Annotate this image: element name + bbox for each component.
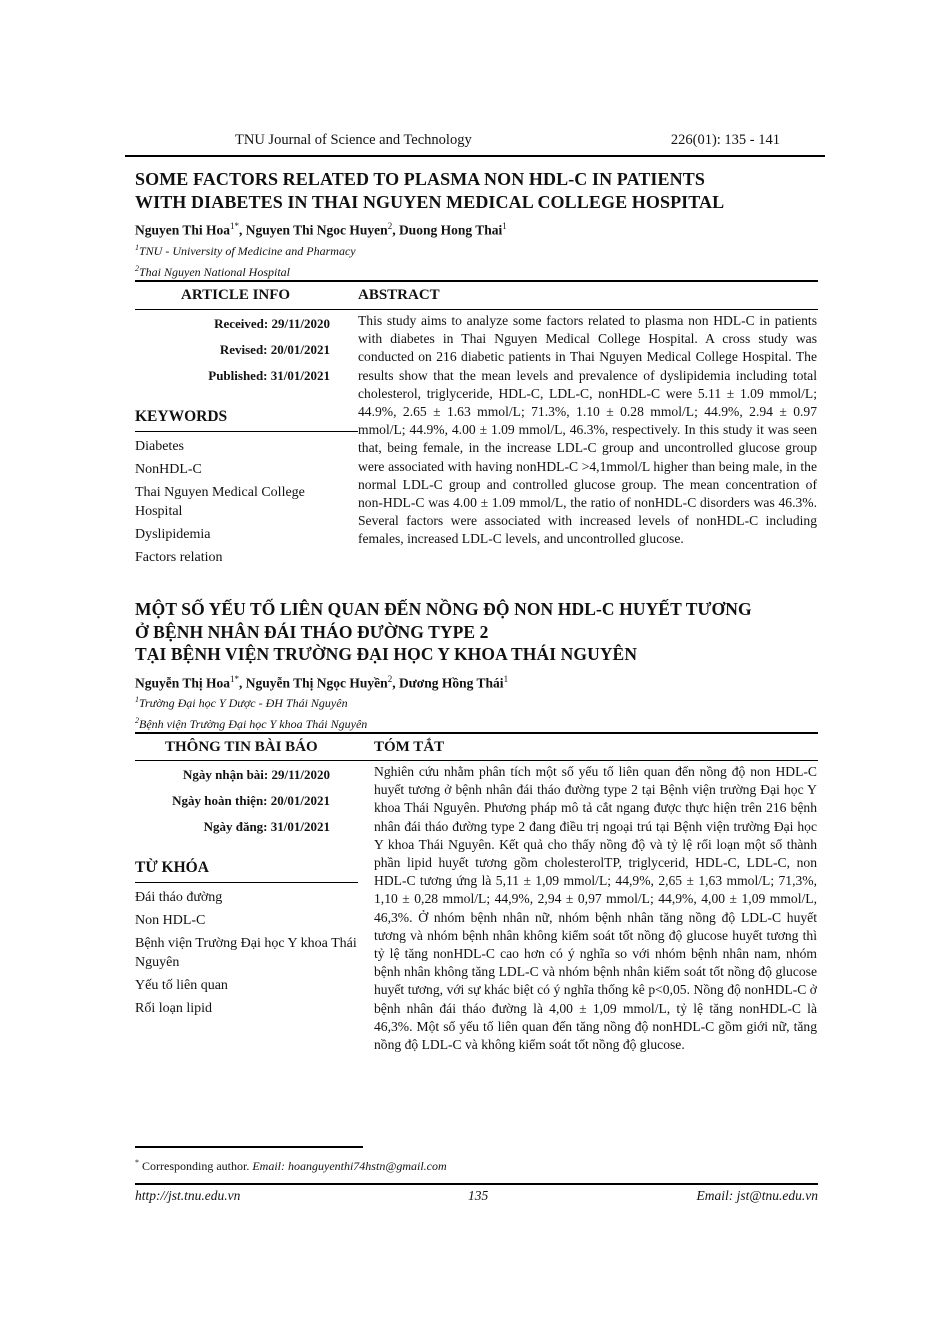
published-date: Published: 31/01/2021 <box>208 368 330 384</box>
journal-page: TNU Journal of Science and Technology 22… <box>0 0 943 1333</box>
received-date: Received: 29/11/2020 <box>214 316 330 332</box>
keyword: Thai Nguyen Medical College Hospital <box>135 483 335 521</box>
vietnamese-authors: Nguyễn Thị Hoa1*, Nguyễn Thị Ngọc Huyền2… <box>135 674 508 692</box>
revised-date-vi: Ngày hoàn thiện: 20/01/2021 <box>172 793 330 809</box>
article-info-heading: ARTICLE INFO <box>181 287 290 304</box>
title-line: WITH DIABETES IN THAI NGUYEN MEDICAL COL… <box>135 191 835 214</box>
english-affiliations: 1TNU - University of Medicine and Pharma… <box>135 239 356 281</box>
english-authors: Nguyen Thi Hoa1*, Nguyen Thi Ngoc Huyen2… <box>135 221 507 239</box>
vietnamese-title: MỘT SỐ YẾU TỐ LIÊN QUAN ĐẾN NỒNG ĐỘ NON … <box>135 598 835 666</box>
keyword: Factors relation <box>135 548 335 567</box>
header-rule <box>125 155 825 157</box>
affiliation: 1TNU - University of Medicine and Pharma… <box>135 239 356 260</box>
footer-email[interactable]: Email: jst@tnu.edu.vn <box>696 1188 818 1204</box>
section-subrule <box>135 760 818 761</box>
issue-pages: 226(01): 135 - 141 <box>671 132 780 149</box>
title-line: TẠI BỆNH VIỆN TRƯỜNG ĐẠI HỌC Y KHOA THÁI… <box>135 643 835 666</box>
author-name: Nguyen Thi Ngoc Huyen <box>246 223 388 238</box>
keyword: Rối loạn lipid <box>135 999 360 1018</box>
keywords-rule <box>135 882 358 883</box>
keyword: Bệnh viện Trường Đại học Y khoa Thái Ngu… <box>135 934 360 972</box>
english-title: SOME FACTORS RELATED TO PLASMA NON HDL-C… <box>135 168 835 213</box>
keywords-rule <box>135 431 358 432</box>
title-line: Ở BỆNH NHÂN ĐÁI THÁO ĐƯỜNG TYPE 2 <box>135 621 835 644</box>
author-sup: 2 <box>388 674 393 684</box>
footer-rule <box>135 1183 818 1185</box>
author-sup: 1* <box>230 221 239 231</box>
running-header: TNU Journal of Science and Technology 22… <box>125 132 825 152</box>
section-rule <box>135 732 818 734</box>
vietnamese-affiliations: 1Trường Đại học Y Dược - ĐH Thái Nguyên … <box>135 691 367 733</box>
keyword: Diabetes <box>135 437 335 456</box>
keywords-list: Diabetes NonHDL-C Thai Nguyen Medical Co… <box>135 437 335 571</box>
received-date-vi: Ngày nhận bài: 29/11/2020 <box>183 767 330 783</box>
footnote-rule <box>135 1146 363 1148</box>
affiliation: 2Bệnh viện Trường Đại học Y khoa Thái Ng… <box>135 712 367 733</box>
keyword: Yếu tố liên quan <box>135 976 360 995</box>
footnote-marker: * <box>135 1158 139 1167</box>
author-sup: 1* <box>230 674 239 684</box>
journal-name: TNU Journal of Science and Technology <box>235 132 472 149</box>
keyword: NonHDL-C <box>135 460 335 479</box>
author-sup: 1 <box>502 221 507 231</box>
keyword: Non HDL-C <box>135 911 360 930</box>
corresponding-author-footnote: * Corresponding author. Email: hoanguyen… <box>135 1158 447 1174</box>
abstract-heading: ABSTRACT <box>358 287 440 304</box>
author-name: Nguyen Thi Hoa <box>135 223 230 238</box>
keywords-heading: KEYWORDS <box>135 408 227 426</box>
english-abstract: This study aims to analyze some factors … <box>358 312 817 549</box>
footer-website[interactable]: http://jst.tnu.edu.vn <box>135 1188 240 1204</box>
published-date-vi: Ngày đăng: 31/01/2021 <box>204 819 330 835</box>
affiliation: 1Trường Đại học Y Dược - ĐH Thái Nguyên <box>135 691 367 712</box>
footer-page-number: 135 <box>468 1188 488 1204</box>
keyword: Đái tháo đường <box>135 888 360 907</box>
footnote-label: Corresponding author. <box>142 1159 249 1173</box>
author-name: Nguyễn Thị Hoa <box>135 676 230 691</box>
keywords-list-vi: Đái tháo đường Non HDL-C Bệnh viện Trườn… <box>135 888 360 1022</box>
title-line: MỘT SỐ YẾU TỐ LIÊN QUAN ĐẾN NỒNG ĐỘ NON … <box>135 598 835 621</box>
author-name: Dương Hồng Thái <box>399 676 504 691</box>
footnote-email: Email: hoanguyenthi74hstn@gmail.com <box>252 1159 446 1173</box>
author-name: Duong Hong Thai <box>399 223 502 238</box>
section-subrule <box>135 309 818 310</box>
vietnamese-abstract: Nghiên cứu nhằm phân tích một số yếu tố … <box>374 763 817 1054</box>
section-rule <box>135 280 818 282</box>
abstract-heading-vi: TÓM TẮT <box>374 739 444 756</box>
title-line: SOME FACTORS RELATED TO PLASMA NON HDL-C… <box>135 168 835 191</box>
keyword: Dyslipidemia <box>135 525 335 544</box>
author-sup: 2 <box>388 221 393 231</box>
keywords-heading-vi: TỪ KHÓA <box>135 859 209 877</box>
author-name: Nguyễn Thị Ngọc Huyền <box>246 676 388 691</box>
affiliation: 2Thai Nguyen National Hospital <box>135 260 356 281</box>
article-info-heading-vi: THÔNG TIN BÀI BÁO <box>165 739 318 756</box>
author-sup: 1 <box>504 674 509 684</box>
revised-date: Revised: 20/01/2021 <box>220 342 330 358</box>
